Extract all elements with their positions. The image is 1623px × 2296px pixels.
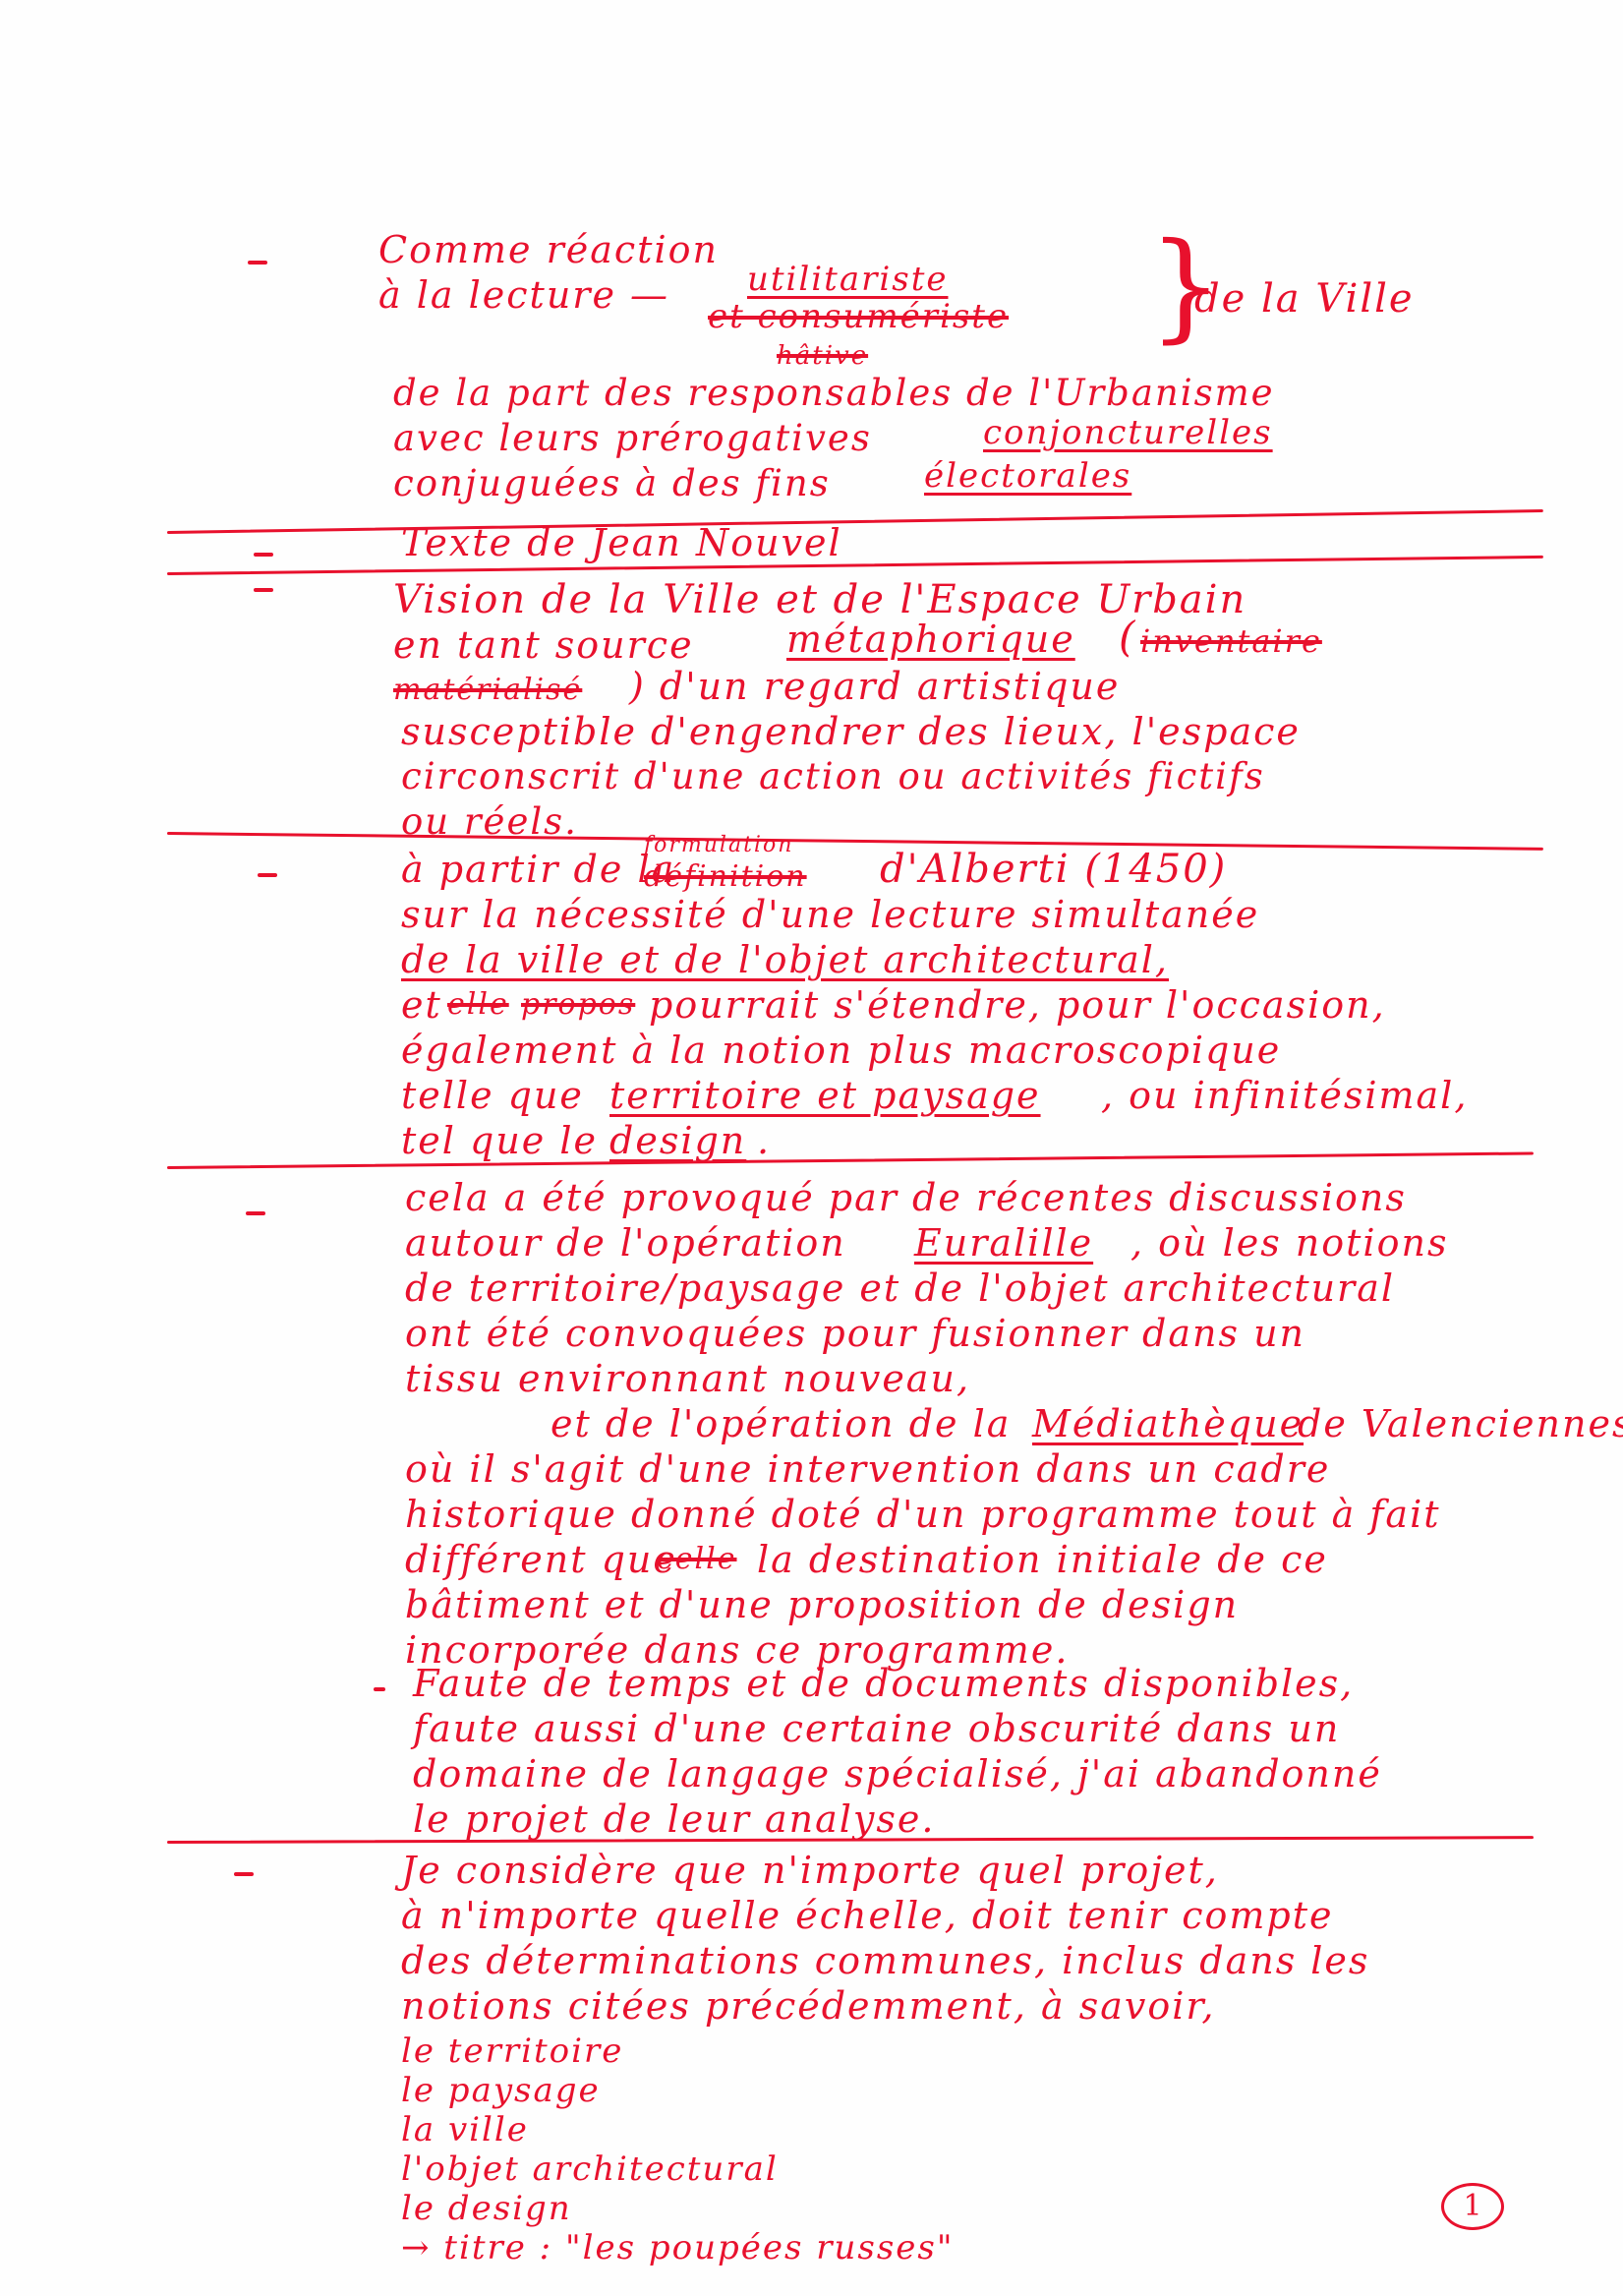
text-line: et [401, 983, 442, 1027]
text-line: susceptible d'engendrer des lieux, l'esp… [401, 710, 1301, 753]
text-line: , où les notions [1130, 1221, 1448, 1265]
text-line-underlined: électorales [924, 454, 1131, 498]
bullet-dash [246, 1211, 265, 1215]
text-line: pourrait s'étendre, pour l'occasion, [649, 983, 1386, 1027]
text-line: cela a été provoqué par de récentes disc… [405, 1176, 1407, 1219]
text-line: la destination initiale de ce [757, 1538, 1328, 1581]
list-item: le paysage [401, 2069, 601, 2112]
text-line: sur la nécessité d'une lecture simultané… [401, 893, 1259, 936]
text-line: tissu environnant nouveau, [405, 1357, 970, 1400]
text-line-struck: elle [447, 983, 509, 1027]
divider-rule [167, 556, 1543, 575]
text-line: autour de l'opération [405, 1221, 846, 1265]
text-line: Je considère que n'importe quel projet, [401, 1849, 1219, 1892]
list-item: le design [401, 2187, 572, 2230]
divider-rule [167, 832, 1543, 851]
list-item: l'objet architectural [401, 2148, 779, 2191]
text-line: ( [1119, 616, 1136, 659]
text-line: en tant source [393, 623, 694, 667]
text-line-struck: inventaire [1140, 619, 1322, 663]
text-line: circonscrit d'une action ou activités fi… [401, 755, 1265, 798]
text-line: Comme réaction [378, 228, 719, 271]
text-line: , ou infinitésimal, [1101, 1074, 1468, 1117]
bullet-dash [234, 1872, 254, 1876]
text-line: également à la notion plus macroscopique [401, 1029, 1281, 1072]
text-line: d'Alberti (1450) [880, 848, 1227, 891]
text-line: de la part des responsables de l'Urbanis… [393, 372, 1275, 415]
text-line-underlined: métaphorique [786, 618, 1075, 661]
list-item: le territoire [401, 2030, 623, 2073]
bullet-dash [258, 873, 277, 877]
text-line: bâtiment et d'une proposition de design [405, 1583, 1239, 1626]
text-line: de territoire/paysage et de l'objet arch… [405, 1266, 1395, 1310]
text-line: à n'importe quelle échelle, doit tenir c… [401, 1894, 1334, 1937]
text-line-underlined: territoire et paysage [609, 1074, 1041, 1117]
text-line: formulation [644, 824, 793, 867]
title-arrow-line: → titre : "les poupées russes" [401, 2226, 954, 2269]
text-line: tel que le [401, 1119, 598, 1162]
text-line: ) d'un regard artistique [629, 665, 1120, 708]
list-item: la ville [401, 2108, 529, 2151]
text-line: notions citées précédemment, à savoir, [401, 1984, 1215, 2028]
text-line-struck: propos [521, 983, 635, 1027]
text-line: à partir de la [401, 848, 675, 891]
text-line: faute aussi d'une certaine obscurité dan… [413, 1707, 1340, 1750]
text-line: historique donné doté d'un programme tou… [405, 1493, 1441, 1536]
bullet-dash [374, 1687, 385, 1691]
text-line: telle que [401, 1074, 584, 1117]
text-line-struck: matérialisé [393, 669, 582, 712]
text-line: des déterminations communes, inclus dans… [401, 1939, 1369, 1982]
page-number-circle: 1 [1441, 2183, 1504, 2230]
text-line: et de l'opération de la [551, 1402, 1011, 1445]
bullet-dash [254, 588, 273, 592]
text-line: domaine de langage spécialisé, j'ai aban… [413, 1752, 1382, 1796]
text-line-underlined: conjoncturelles [983, 411, 1273, 454]
text-line-struck: celle [657, 1538, 737, 1581]
text-line: conjuguées à des fins [393, 462, 831, 505]
text-line: . [757, 1119, 771, 1162]
divider-rule [167, 509, 1543, 534]
text-line: avec leurs prérogatives [393, 417, 872, 460]
text-line-underlined: Médiathèque [1032, 1402, 1304, 1445]
bullet-dash [254, 553, 273, 557]
text-line: le projet de leur analyse. [413, 1797, 935, 1841]
text-line: différent que [405, 1538, 677, 1581]
text-line: à la lecture — [378, 273, 669, 317]
divider-rule [167, 1151, 1534, 1169]
text-line: de la Ville [1194, 277, 1415, 321]
text-line-struck: et consumériste [708, 295, 1009, 338]
bullet-dash [248, 261, 267, 265]
text-line: ont été convoquées pour fusionner dans u… [405, 1312, 1305, 1355]
handwritten-page: Comme réaction à la lecture — utilitaris… [0, 0, 1623, 2296]
text-line: Texte de Jean Nouvel [401, 521, 842, 564]
text-line: Faute de temps et de documents disponibl… [413, 1662, 1354, 1705]
text-line-underlined: design [609, 1119, 746, 1162]
text-line-underlined: de la ville et de l'objet architectural, [401, 938, 1169, 981]
text-line-underlined: Euralille [914, 1221, 1093, 1265]
text-line: où il s'agit d'une intervention dans un … [405, 1447, 1330, 1491]
text-line: de Valenciennes, [1298, 1402, 1623, 1445]
